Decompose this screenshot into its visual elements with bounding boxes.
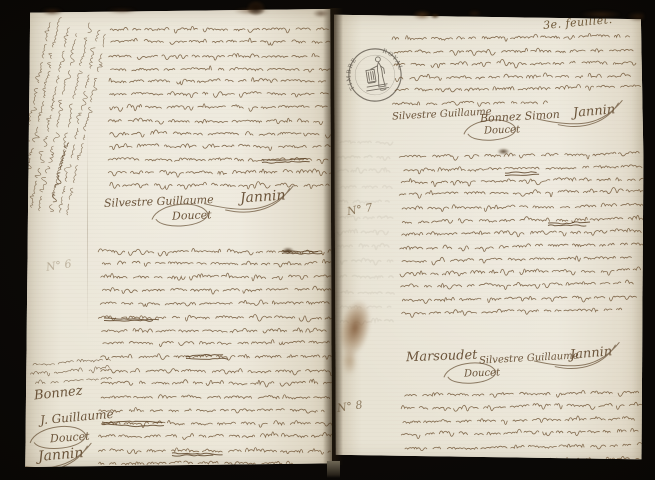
margin-signature-jannin: Jannin <box>37 445 84 465</box>
page-crease <box>87 127 88 332</box>
act-7-body <box>397 147 644 330</box>
ink-blot <box>495 147 512 156</box>
act-8-body <box>399 386 644 462</box>
act-6-body <box>96 241 332 467</box>
signature-silvestre-guillaume-3: Silvestre Guillaume <box>479 350 579 366</box>
signature-doucet: Doucet <box>172 208 212 222</box>
signature-jannin: Jannin <box>239 187 286 206</box>
signature-marsoudet: Marsoudet <box>406 348 478 365</box>
right-page: 3e. feuillet. TIMBRE ROYAL <box>334 12 644 462</box>
ink-blot <box>428 12 442 20</box>
left-page: Silvestre Guillaume Doucet Jannin N° 6 B… <box>24 9 332 467</box>
book-edge <box>327 461 340 478</box>
act-continuation-body <box>106 20 332 203</box>
signature-jannin-3: Jannin <box>569 344 612 363</box>
signature-doucet-2: Doucet <box>484 124 520 136</box>
brown-stain-tail <box>342 347 357 375</box>
scanned-register-spread: Silvestre Guillaume Doucet Jannin N° 6 B… <box>0 0 655 480</box>
burn-spot <box>246 0 266 16</box>
act-number-8: N° 8 <box>336 398 363 414</box>
ink-blot <box>280 246 296 255</box>
signature-bonnez-simon: Bonnez Simon <box>480 108 560 125</box>
margin-signature-doucet: Doucet <box>50 430 90 446</box>
signature-doucet-3: Doucet <box>464 367 500 379</box>
signature-silvestre-guillaume: Silvestre Guillaume <box>104 193 214 210</box>
act-number-6: N° 6 <box>45 257 72 273</box>
